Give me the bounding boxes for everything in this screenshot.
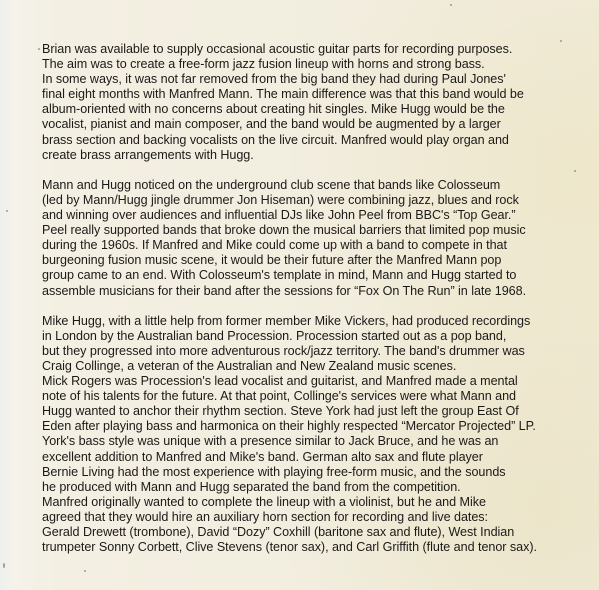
text-line: during the 1960s. If Manfred and Mike co… [42, 238, 582, 253]
text-line: agreed that they would hire an auxiliary… [42, 510, 582, 525]
text-line: and winning over audiences and influenti… [42, 208, 582, 223]
text-line: brass section and backing vocalists on t… [42, 133, 582, 148]
paper-speck [450, 4, 452, 6]
text-line: In some ways, it was not far removed fro… [42, 72, 582, 87]
text-line: Peel really supported bands that broke d… [42, 223, 582, 238]
text-line: Mike Hugg, with a little help from forme… [42, 314, 582, 329]
text-line: Hugg wanted to anchor their rhythm secti… [42, 404, 582, 419]
text-line: Craig Collinge, a veteran of the Austral… [42, 359, 582, 374]
text-line: final eight months with Manfred Mann. Th… [42, 87, 582, 102]
text-line: burgeoning fusion music scene, it would … [42, 253, 582, 268]
text-line: trumpeter Sonny Corbett, Clive Stevens (… [42, 540, 582, 555]
text-line: Brian was available to supply occasional… [42, 42, 582, 57]
text-line: Manfred originally wanted to complete th… [42, 495, 582, 510]
text-line: note of his talents for the future. At t… [42, 389, 582, 404]
text-line: create brass arrangements with Hugg. [42, 148, 582, 163]
text-line: group came to an end. With Colosseum's t… [42, 268, 582, 283]
text-line: Eden after playing bass and harmonica on… [42, 419, 582, 434]
text-line: Mick Rogers was Procession's lead vocali… [42, 374, 582, 389]
text-line: Gerald Drewett (trombone), David “Dozy” … [42, 525, 582, 540]
paper-speck [6, 210, 8, 212]
text-line: Bernie Living had the most experience wi… [42, 465, 582, 480]
article-body: Brian was available to supply occasional… [42, 42, 582, 570]
text-line: assemble musicians for their band after … [42, 284, 582, 299]
text-line: Mann and Hugg noticed on the underground… [42, 178, 582, 193]
paragraph-3: Mike Hugg, with a little help from forme… [42, 314, 582, 556]
text-line: album-oriented with no concerns about cr… [42, 102, 582, 117]
paper-speck [38, 48, 40, 50]
paper-speck [3, 563, 5, 568]
text-line: he produced with Mann and Hugg separated… [42, 480, 582, 495]
text-line: vocalist, pianist and main composer, and… [42, 117, 582, 132]
text-line: excellent addition to Manfred and Mike's… [42, 450, 582, 465]
text-line: but they progressed into more adventurou… [42, 344, 582, 359]
text-line: York's bass style was unique with a pres… [42, 434, 582, 449]
text-line: The aim was to create a free-form jazz f… [42, 57, 582, 72]
paragraph-2: Mann and Hugg noticed on the underground… [42, 178, 582, 299]
text-line: in London by the Australian band Process… [42, 329, 582, 344]
paper-speck [84, 570, 86, 572]
paragraph-1: Brian was available to supply occasional… [42, 42, 582, 163]
text-line: (led by Mann/Hugg jingle drummer Jon His… [42, 193, 582, 208]
